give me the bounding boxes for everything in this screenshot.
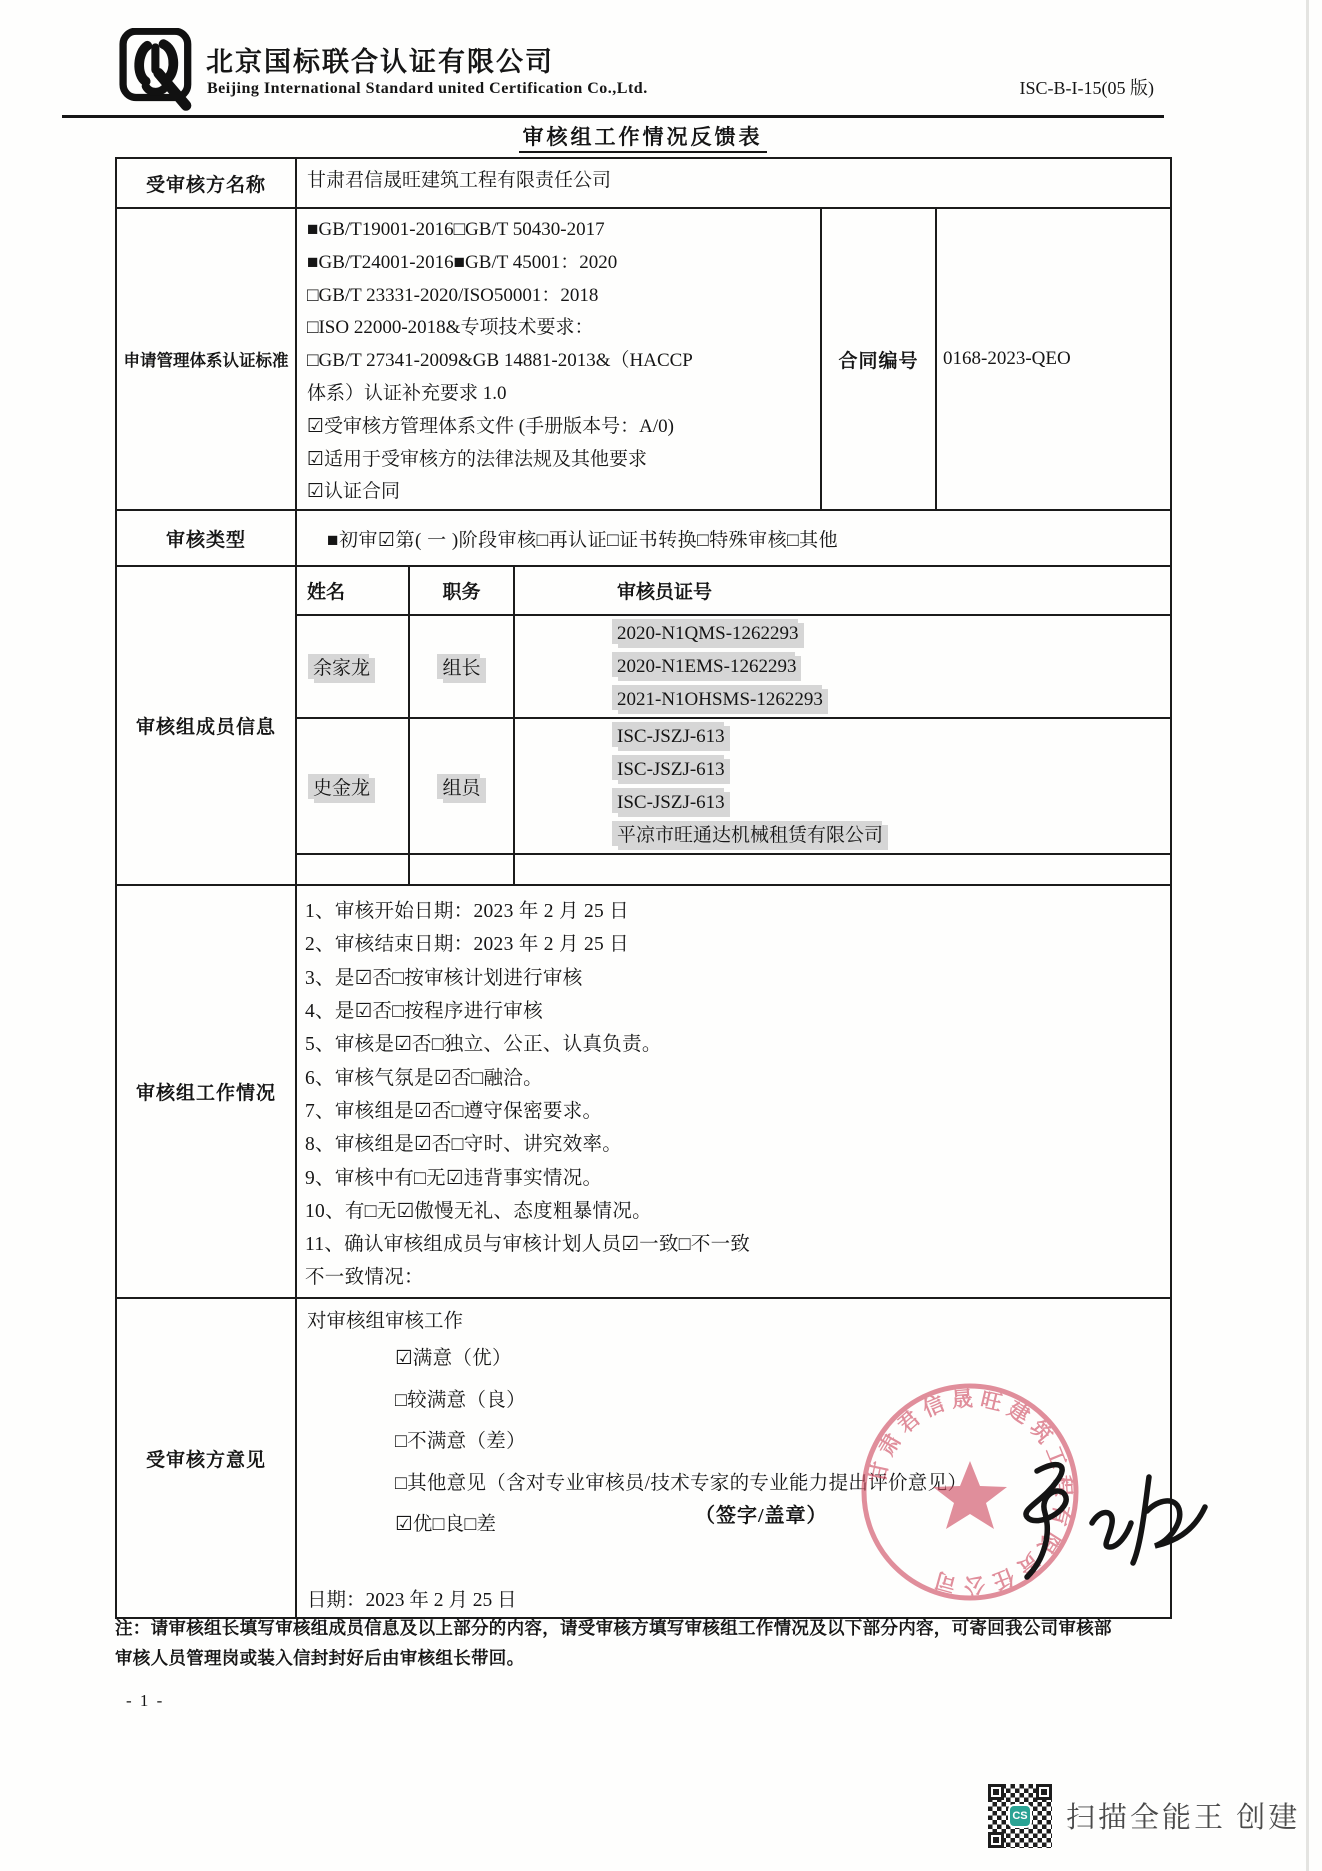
work-item: 8、审核组是☑否□守时、讲究效率。 [305,1128,1164,1161]
standard-line: ☑受审核方管理体系文件 (手册版本号：A/0) [307,411,816,444]
form-title: 审核组工作情况反馈表 [115,121,1170,151]
isc-logo-icon [116,28,198,112]
cert-number: ISC-JSZJ-613 [617,792,725,813]
scanner-caption: 扫描全能王 创建 [1066,1795,1300,1836]
members-table-wrap: 姓名 职务 审核员证号 余家龙 组长 2020-N1QMS-1262293 20… [296,566,1171,885]
standard-line: ■GB/T24001-2016■GB/T 45001：2020 [307,247,816,280]
header-rule [62,115,1164,118]
work-item: 9、审核中有□无☑违背事实情况。 [305,1162,1164,1195]
qr-code: CS [988,1784,1052,1848]
standard-line: □ISO 22000-2018&专项技术要求： [307,312,816,345]
work-item: 不一致情况： [305,1261,1164,1294]
work-item: 3、是☑否□按审核计划进行审核 [305,962,1164,995]
standard-line: □GB/T 27341-2009&GB 14881-2013&（HACCP [307,345,816,378]
feedback-form-table: 受审核方名称 甘肃君信晟旺建筑工程有限责任公司 申请管理体系认证标准 ■GB/T… [115,157,1172,1619]
work-row: 审核组工作情况 1、审核开始日期：2023 年 2 月 25 日 2、审核结束日… [116,885,1171,1298]
auditee-name: 甘肃君信晟旺建筑工程有限责任公司 [296,158,1171,208]
opinion-option: ☑满意（优） [395,1338,1170,1380]
audit-type-value: ■初审☑第( 一 )阶段审核□再认证□证书转换□特殊审核□其他 [296,510,1171,566]
work-item: 7、审核组是☑否□遵守保密要求。 [305,1095,1164,1128]
work-item: 5、审核是☑否□独立、公正、认真负责。 [305,1028,1164,1061]
opinion-option: □较满意（良） [395,1380,1170,1422]
member-certs: 2020-N1QMS-1262293 2020-N1EMS-1262293 20… [514,615,1170,718]
col-header-role: 职务 [409,567,514,615]
work-item: 1、审核开始日期：2023 年 2 月 25 日 [305,895,1164,928]
cert-number: ISC-JSZJ-613 [617,726,725,747]
standards-list: ■GB/T19001-2016□GB/T 50430-2017 ■GB/T240… [296,208,821,510]
member-role: 组员 [442,778,480,799]
work-item: 4、是☑否□按程序进行审核 [305,995,1164,1028]
contract-no-value: 0168-2023-QEO [936,208,1171,510]
auditee-label: 受审核方名称 [116,158,296,208]
opinion-intro: 对审核组审核工作 [297,1299,1170,1338]
qr-finder-icon [1036,1784,1052,1800]
member-row-empty [297,854,1170,884]
note-line: 注：请审核组长填写审核组成员信息及以上部分的内容，请受审核方填写审核组工作情况及… [115,1614,1215,1644]
camscanner-badge-icon: CS [1008,1804,1032,1828]
contract-no-label: 合同编号 [821,208,936,510]
member-row: 史金龙 组员 ISC-JSZJ-613 ISC-JSZJ-613 ISC-JSZ… [297,718,1170,854]
qr-finder-icon [988,1784,1004,1800]
document-code: ISC-B-I-15(05 版) [1004,74,1154,100]
member-name: 余家龙 [313,658,370,679]
audit-type-label: 审核类型 [116,510,296,566]
cert-number: ISC-JSZJ-613 [617,759,725,780]
company-name-en: Beijing International Standard united Ce… [207,80,648,98]
col-header-cert: 审核员证号 [514,567,1170,615]
members-table: 姓名 职务 审核员证号 余家龙 组长 2020-N1QMS-1262293 20… [297,567,1170,884]
standard-line: □GB/T 23331-2020/ISO50001：2018 [307,280,816,313]
opinion-label: 受审核方意见 [116,1298,296,1618]
handwritten-signature [997,1449,1222,1589]
page-number: - 1 - [126,1691,164,1711]
member-certs: ISC-JSZJ-613 ISC-JSZJ-613 ISC-JSZJ-613 平… [514,718,1170,854]
opinion-date: 日期：2023 年 2 月 25 日 [307,1584,517,1612]
work-item: 2、审核结束日期：2023 年 2 月 25 日 [305,928,1164,961]
note-line: 审核人员管理岗或装入信封封好后由审核组长带回。 [115,1644,1215,1674]
opinion-cell: 对审核组审核工作 ☑满意（优） □较满意（良） □不满意（差） □其他意见（含对… [296,1298,1171,1618]
members-label: 审核组成员信息 [116,566,296,885]
opinion-row: 受审核方意见 对审核组审核工作 ☑满意（优） □较满意（良） □不满意（差） □… [116,1298,1171,1618]
member-row: 余家龙 组长 2020-N1QMS-1262293 2020-N1EMS-126… [297,615,1170,718]
work-item: 11、确认审核组成员与审核计划人员☑一致□不一致 [305,1228,1164,1261]
work-item: 10、有□无☑傲慢无礼、态度粗暴情况。 [305,1195,1164,1228]
qr-finder-icon [988,1832,1004,1848]
work-item: 6、审核气氛是☑否□融洽。 [305,1062,1164,1095]
company-name-cn: 北京国标联合认证有限公司 [206,40,554,79]
work-items: 1、审核开始日期：2023 年 2 月 25 日 2、审核结束日期：2023 年… [296,885,1171,1298]
cert-number: 2020-N1QMS-1262293 [617,623,799,644]
standard-line: 体系）认证补充要求 1.0 [307,378,816,411]
member-name: 史金龙 [313,778,370,799]
auditee-row: 受审核方名称 甘肃君信晟旺建筑工程有限责任公司 [116,158,1171,208]
work-label: 审核组工作情况 [116,885,296,1298]
members-header-row: 姓名 职务 审核员证号 [297,567,1170,615]
standard-line: ☑认证合同 [307,476,816,509]
standard-line: ■GB/T19001-2016□GB/T 50430-2017 [307,214,816,247]
members-row: 审核组成员信息 姓名 职务 审核员证号 余家龙 组长 2020-N1QMS-12… [116,566,1171,885]
cert-number: 2021-N1OHSMS-1262293 [617,689,823,710]
cert-number: 2020-N1EMS-1262293 [617,656,796,677]
scan-edge-shadow [1306,0,1309,1871]
footer-note: 注：请审核组长填写审核组成员信息及以上部分的内容，请受审核方填写审核组工作情况及… [115,1614,1215,1673]
member-role: 组长 [442,658,480,679]
standards-row: 申请管理体系认证标准 ■GB/T19001-2016□GB/T 50430-20… [116,208,1171,510]
scanned-document-page: 北京国标联合认证有限公司 Beijing International Stand… [0,0,1322,1871]
cert-company: 平凉市旺通达机械租赁有限公司 [617,825,883,846]
sign-stamp-label: （签字/盖章） [695,1499,828,1528]
standard-line: ☑适用于受审核方的法律法规及其他要求 [307,444,816,477]
standards-label: 申请管理体系认证标准 [116,208,296,510]
col-header-name: 姓名 [297,567,409,615]
audit-type-row: 审核类型 ■初审☑第( 一 )阶段审核□再认证□证书转换□特殊审核□其他 [116,510,1171,566]
